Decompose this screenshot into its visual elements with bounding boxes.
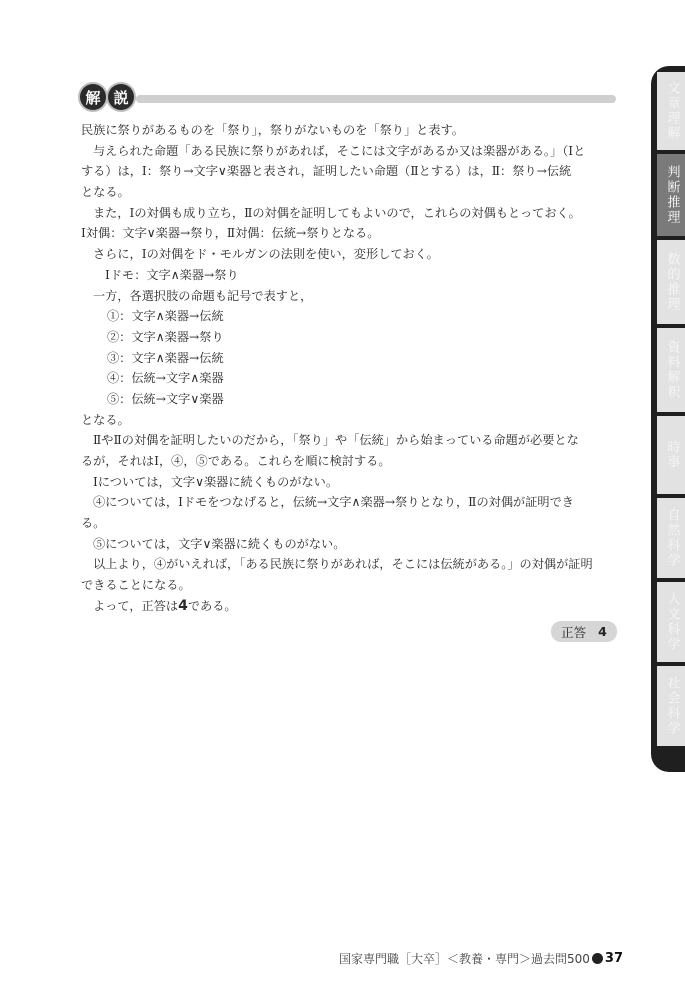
- body-line: できることになる。: [81, 575, 621, 596]
- body-line: 以上より，④がいえれば，「ある民族に祭りがあれば，そこには伝統がある。」の対偶が…: [81, 554, 621, 575]
- explanation-body: 民族に祭りがあるものを「祭り」，祭りがないものを「祭り」と表す。 与えられた命題…: [81, 120, 621, 617]
- body-line: また，Ⅰの対偶も成り立ち，Ⅱの対偶を証明してもよいので，これらの対偶もとっておく…: [81, 203, 621, 224]
- body-line: Ⅰについては，文字∨楽器に続くものがない。: [81, 472, 621, 493]
- body-line: 民族に祭りがあるものを「祭り」，祭りがないものを「祭り」と表す。: [81, 120, 621, 141]
- answer-value: 4: [598, 624, 607, 639]
- tab-jinbun-kagaku[interactable]: 人文科学: [657, 582, 685, 662]
- tab-suteki-suiri[interactable]: 数的推理: [657, 240, 685, 324]
- conclusion-text: よって，正答は: [93, 599, 178, 613]
- subject-index-tabs: 文章理解 判断推理 数的推理 資料解釈 時事 自然科学 人文科学 社会科学: [651, 66, 685, 772]
- page-number: 37: [605, 951, 623, 966]
- body-line: 一方，各選択肢の命題も記号で表すと，: [81, 286, 621, 307]
- choice-formula-3: ③：文字∧楽器→伝統: [81, 348, 621, 369]
- conclusion-answer-number: 4: [178, 598, 188, 614]
- tab-shakai-kagaku[interactable]: 社会科学: [657, 666, 685, 746]
- correct-answer-badge: 正答 4: [551, 621, 617, 642]
- body-line: ④については，Ⅰドモをつなげると，伝統→文字∧楽器→祭りとなり，Ⅱの対偶が証明で…: [81, 492, 621, 513]
- tab-handan-suiri[interactable]: 判断推理: [657, 154, 685, 236]
- conclusion-line: よって，正答は4である。: [81, 596, 621, 617]
- body-line: Ⅰ対偶：文字∨楽器→祭り，Ⅱ対偶：伝統→祭りとなる。: [81, 223, 621, 244]
- book-page: 解 説 民族に祭りがあるものを「祭り」，祭りがないものを「祭り」と表す。 与えら…: [0, 0, 685, 1000]
- book-title: 国家専門職［大卒］＜教養・専門＞過去問500: [339, 950, 590, 967]
- body-line: さらに，Ⅰの対偶をド・モルガンの法則を使い，変形しておく。: [81, 244, 621, 265]
- heading-rule: [136, 95, 616, 103]
- choice-formula-5: ⑤：伝統→文字∨楽器: [81, 389, 621, 410]
- body-line: る。: [81, 513, 621, 534]
- tab-shizen-kagaku[interactable]: 自然科学: [657, 498, 685, 578]
- heading-char-1: 解: [80, 84, 106, 110]
- tab-shiryo-kaishaku[interactable]: 資料解釈: [657, 328, 685, 412]
- choice-formula-4: ④：伝統→文字∧楽器: [81, 368, 621, 389]
- body-line: ⑤については，文字∨楽器に続くものがない。: [81, 534, 621, 555]
- formula-line: Ⅰドモ：文字∧楽器→祭り: [81, 265, 621, 286]
- choice-formula-2: ②：文字∧楽器→祭り: [81, 327, 621, 348]
- answer-label: 正答: [561, 623, 586, 641]
- tab-jiji[interactable]: 時事: [657, 416, 685, 494]
- body-line: ⅡやⅡの対偶を証明したいのだから，「祭り」や「伝統」から始まっている命題が必要と…: [81, 430, 621, 451]
- conclusion-suffix: である。: [188, 599, 237, 613]
- body-line: となる。: [81, 182, 621, 203]
- choice-formula-1: ①：文字∧楽器→伝統: [81, 306, 621, 327]
- bullet-icon: [592, 953, 603, 964]
- explanation-heading: 解 説: [80, 84, 136, 110]
- heading-char-2: 説: [108, 84, 134, 110]
- tab-bunsho-rikai[interactable]: 文章理解: [657, 72, 685, 150]
- body-line: となる。: [81, 410, 621, 431]
- body-line: する）は，Ⅰ：祭り→文字∨楽器と表され，証明したい命題（Ⅱとする）は，Ⅱ：祭り→…: [81, 161, 621, 182]
- body-line: 与えられた命題「ある民族に祭りがあれば，そこには文字があるか又は楽器がある。」（…: [81, 141, 621, 162]
- page-footer: 国家専門職［大卒］＜教養・専門＞過去問500 37: [339, 950, 623, 967]
- body-line: るが，それはⅠ，④，⑤である。これらを順に検討する。: [81, 451, 621, 472]
